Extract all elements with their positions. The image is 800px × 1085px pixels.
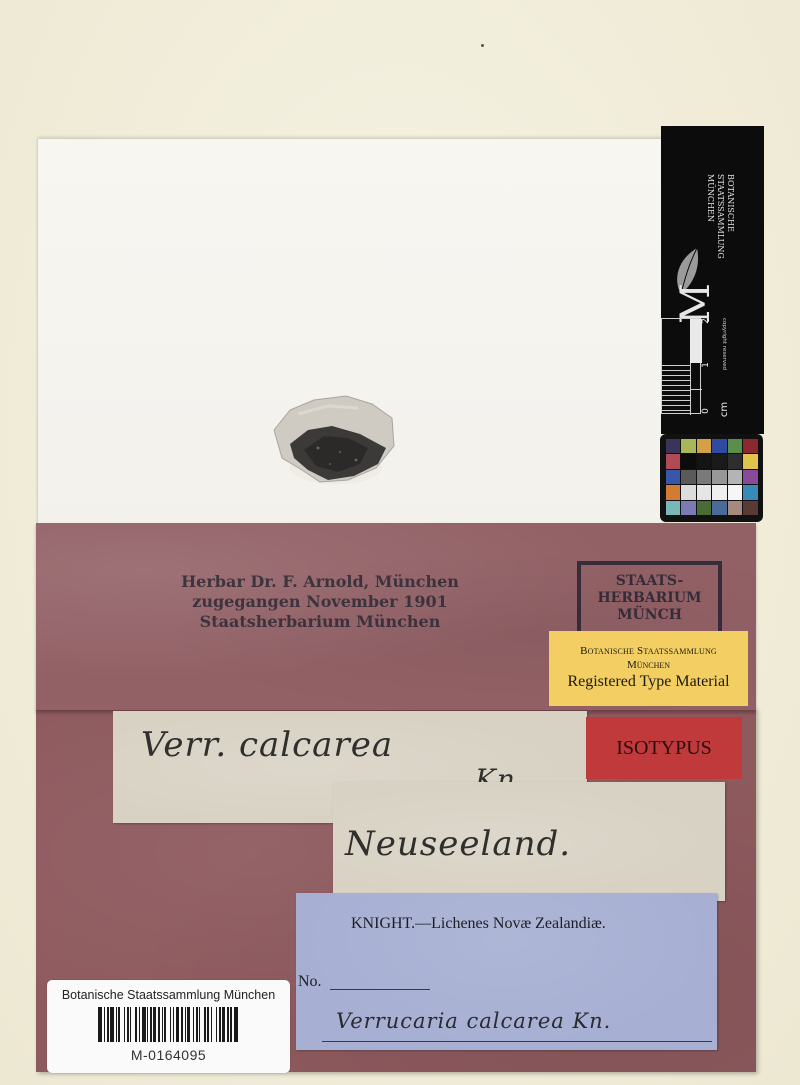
brand-line-1: BOTANISCHE [725, 174, 735, 294]
type-label-title: Registered Type Material [549, 673, 748, 691]
color-swatch [712, 439, 727, 453]
knight-lichenes-label: KNIGHT.—Lichenes Novæ Zealandiæ. No. Ver… [296, 893, 717, 1050]
dust-speck [481, 44, 484, 47]
color-swatch [697, 439, 712, 453]
stamp-line-3: Staatsherbarium München [150, 612, 490, 632]
color-swatch-grid [666, 439, 758, 515]
color-swatch [728, 439, 743, 453]
color-swatch [712, 501, 727, 515]
color-swatch [728, 485, 743, 499]
species-underline [322, 1041, 712, 1042]
color-swatch [681, 501, 696, 515]
handwritten-locality: Neuseeland. [345, 824, 571, 864]
color-swatch [743, 454, 758, 468]
staats-line-3: MÜNCH [581, 607, 718, 624]
number-blank-line [330, 989, 430, 990]
copyright-text: copyright reserved [721, 318, 727, 370]
color-swatch [666, 470, 681, 484]
stamp-line-2: zugegangen November 1901 [150, 592, 490, 612]
knight-label-title: KNIGHT.—Lichenes Novæ Zealandiæ. [351, 915, 606, 933]
color-swatch [743, 439, 758, 453]
type-label-city: München [549, 659, 748, 671]
staats-line-1: STAATS- [581, 573, 718, 590]
color-swatch [681, 439, 696, 453]
color-swatch [712, 454, 727, 468]
arnold-herbarium-stamp: Herbar Dr. F. Arnold, München zugegangen… [150, 572, 490, 632]
color-swatch [728, 454, 743, 468]
color-swatch [697, 454, 712, 468]
knight-label-number: No. [298, 973, 322, 991]
knight-label-species: Verrucaria calcarea Kn. [336, 1009, 611, 1033]
color-swatch [697, 501, 712, 515]
brand-line-2: STAATSSAMMLUNG [715, 174, 725, 294]
color-swatch [728, 470, 743, 484]
catalog-number: M-0164095 [47, 1047, 290, 1063]
color-swatch [666, 485, 681, 499]
scale-unit: cm [719, 402, 730, 417]
color-calibration-chart [660, 434, 763, 522]
color-swatch [666, 501, 681, 515]
scale-tick-2: 2 [701, 318, 711, 324]
brand-name: BOTANISCHE STAATSSAMMLUNG MÜNCHEN [705, 174, 735, 294]
color-swatch [743, 501, 758, 515]
type-label-institution: Botanische Staatssammlung [549, 645, 748, 657]
brand-line-3: MÜNCHEN [705, 174, 715, 294]
color-swatch [666, 454, 681, 468]
barcode-institution: Botanische Staatssammlung München [47, 988, 290, 1002]
scale-tick-1: 1 [701, 362, 711, 368]
barcode-label: Botanische Staatssammlung München M-0164… [47, 980, 290, 1073]
color-swatch [728, 501, 743, 515]
ruler [661, 318, 701, 414]
handwritten-slip-locality: Neuseeland. [333, 782, 725, 901]
color-swatch [681, 485, 696, 499]
color-swatch [681, 470, 696, 484]
lichen-specimen-rock [268, 390, 396, 488]
color-swatch [697, 470, 712, 484]
color-swatch [666, 439, 681, 453]
handwritten-genus-species: Verr. calcarea [141, 725, 393, 765]
staats-line-2: HERBARIUM [581, 590, 718, 607]
color-swatch [743, 485, 758, 499]
color-swatch [697, 485, 712, 499]
color-swatch [712, 485, 727, 499]
stamp-line-1: Herbar Dr. F. Arnold, München [150, 572, 490, 592]
color-swatch [743, 470, 758, 484]
scale-tick-0: 0 [701, 408, 711, 414]
color-swatch [712, 470, 727, 484]
barcode [64, 1007, 274, 1042]
scale-bar: M BOTANISCHE STAATSSAMMLUNG MÜNCHEN 0 1 … [661, 126, 764, 434]
isotypus-label: ISOTYPUS [586, 717, 742, 779]
registered-type-label: Botanische Staatssammlung München Regist… [549, 631, 748, 706]
color-swatch [681, 454, 696, 468]
